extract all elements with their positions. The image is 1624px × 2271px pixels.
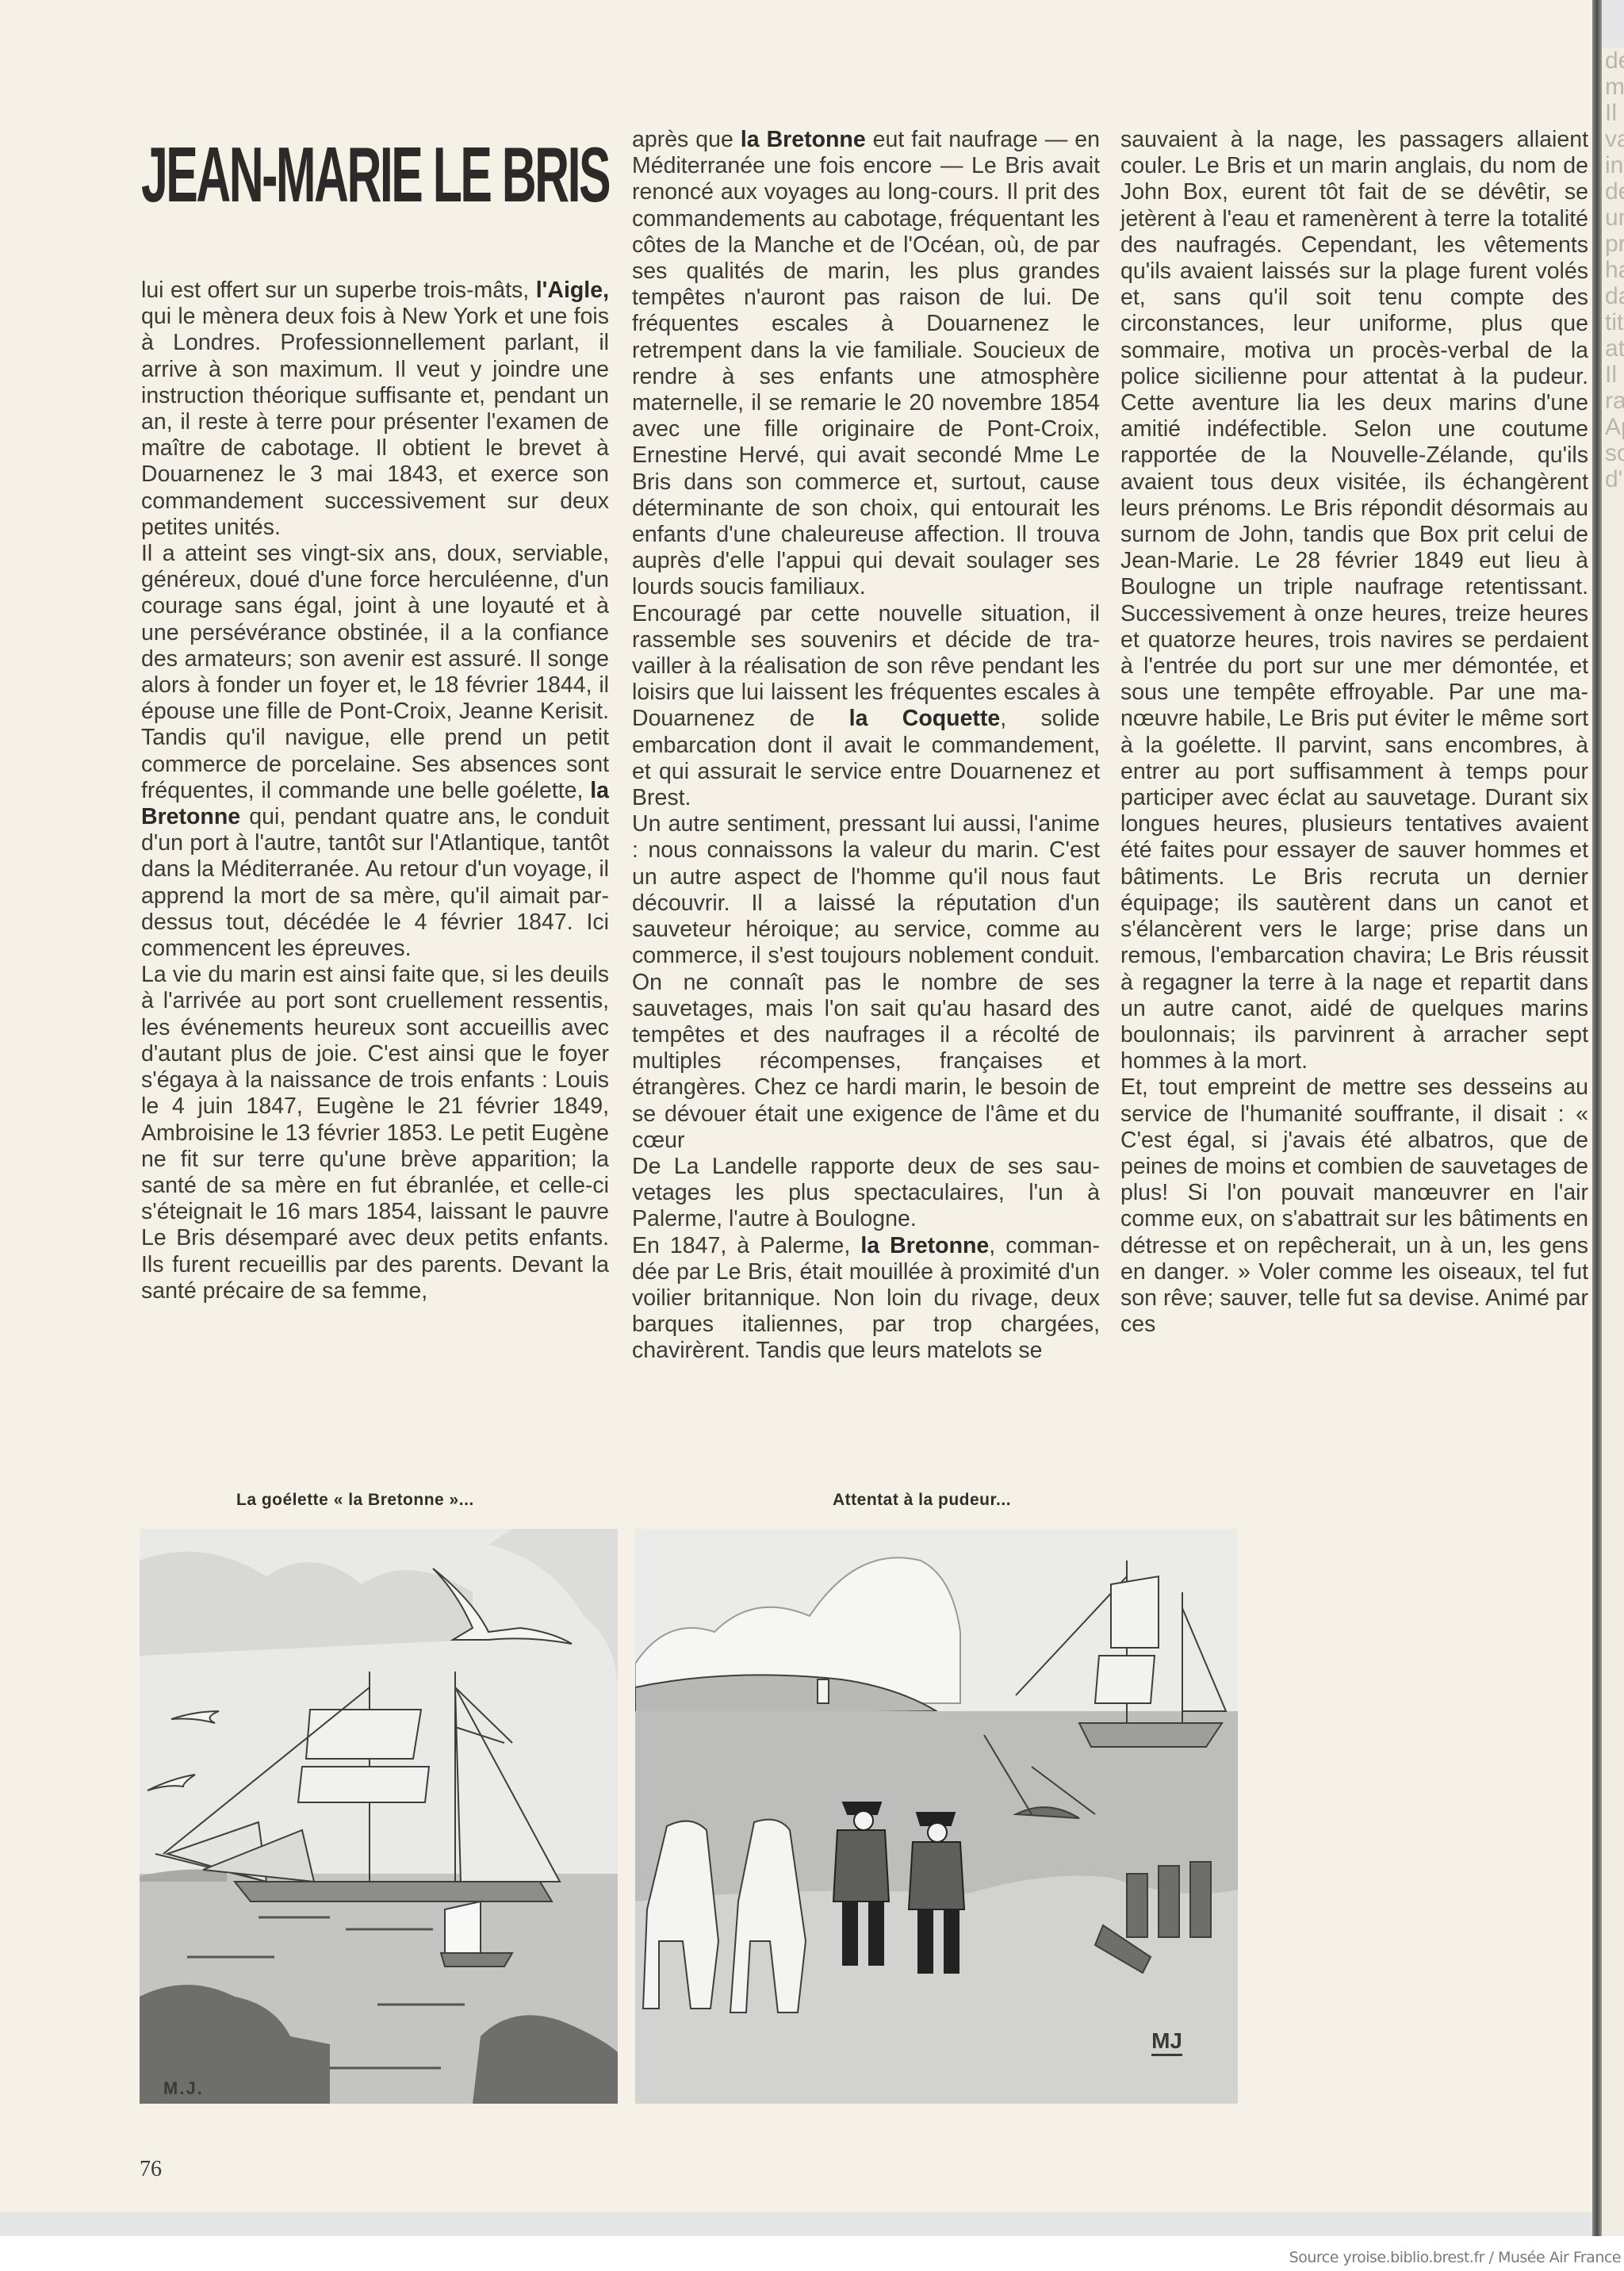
article-paragraph: sauvaient à la nage, les passagers allai… (1120, 127, 1588, 1074)
illustration-caption-1: La goélette « la Bretonne »... (236, 1491, 474, 1510)
text-run: lui est offert sur un superbe trois-mâts… (141, 278, 536, 303)
source-credit: Source yroise.biblio.brest.fr / Musée Ai… (1289, 2249, 1621, 2266)
schooner-drawing-icon (140, 1529, 618, 2104)
text-run: De La Landelle rapporte deux de ses sau­… (632, 1154, 1100, 1231)
text-column-2: après que la Bretonne eut fait naufrage … (632, 127, 1100, 1365)
text-run: En 1847, à Palerme, (632, 1233, 860, 1258)
page-number: 76 (140, 2157, 162, 2182)
article-paragraph: lui est offert sur un superbe trois-mâts… (141, 278, 609, 541)
ship-name: la Bretonne (741, 127, 866, 152)
next-page-text-fragment: de m Il va in de un pr ha da tit at Il s… (1602, 48, 1624, 492)
schooner-illustration: M.J. (140, 1529, 618, 2104)
text-run: Un autre sentiment, pressant lui aussi, … (632, 811, 1100, 1152)
article-paragraph: Un autre sentiment, pressant lui aussi, … (632, 811, 1100, 1154)
text-run: après que (632, 127, 741, 152)
next-page-edge: de m Il va in de un pr ha da tit at Il s… (1602, 48, 1624, 2236)
text-run: Et, tout empreint de mettre ses desseins… (1120, 1074, 1588, 1337)
article-paragraph: après que la Bretonne eut fait naufrage … (632, 127, 1100, 601)
ship-name: la Bretonne (860, 1233, 989, 1258)
illustration-caption-2: Attentat à la pudeur... (833, 1491, 1011, 1510)
article-paragraph: En 1847, à Palerme, la Bretonne, comman­… (632, 1233, 1100, 1365)
text-column-3: sauvaient à la nage, les passagers allai… (1120, 127, 1588, 1338)
article-paragraph: Il a atteint ses vingt-six ans, doux, se… (141, 541, 609, 962)
text-column-1: lui est offert sur un superbe trois-mâts… (141, 278, 609, 1304)
ship-name: l'Aigle, (536, 278, 609, 303)
article-title: JEAN-MARIE LE BRIS (141, 135, 424, 214)
text-run: Il a atteint ses vingt-six ans, doux, se… (141, 541, 609, 803)
text-run: qui le mènera deux fois à New York et un… (141, 304, 609, 540)
magazine-page: JEAN-MARIE LE BRIS lui est offert sur un… (0, 0, 1595, 2212)
article-paragraph: Encouragé par cette nouvelle situation, … (632, 601, 1100, 812)
beach-scene-drawing-icon (635, 1529, 1238, 2104)
text-run: eut fait naufrage — en Méditerranée une … (632, 127, 1100, 599)
article-paragraph: De La Landelle rapporte deux de ses sau­… (632, 1154, 1100, 1233)
illustrator-signature-2: MJ (1151, 2028, 1182, 2056)
illustrator-signature-1: M.J. (163, 2078, 204, 2099)
ship-name: la Coquette (849, 706, 1001, 731)
beach-police-illustration: MJ (635, 1529, 1238, 2104)
article-paragraph: Et, tout empreint de mettre ses desseins… (1120, 1074, 1588, 1338)
text-run: La vie du marin est ainsi faite que, si … (141, 962, 609, 1303)
text-run: sauvaient à la nage, les passagers allai… (1120, 127, 1588, 1074)
book-gutter (1592, 0, 1602, 2236)
article-paragraph: La vie du marin est ainsi faite que, si … (141, 962, 609, 1304)
